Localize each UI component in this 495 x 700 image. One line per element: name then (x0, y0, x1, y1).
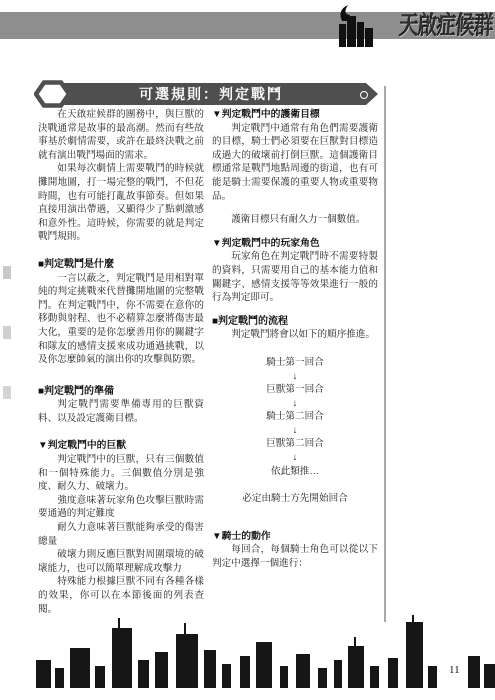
flow-step: 騎士第二回合 (212, 410, 378, 424)
logo-title: 天啟症候群 (398, 6, 494, 42)
paragraph: 判定戰鬥中通常有角色們需要護衛的目標，騎士們必須要在巨獸對目標造成過大的破壞前打… (212, 122, 378, 204)
sub-heading: ▼判定戰鬥中的玩家角色 (212, 237, 378, 251)
paragraph: 護衛目標只有耐久力一個數值。 (212, 213, 378, 227)
paragraph: 一言以蔽之，判定戰鬥是用相對單純的判定挑戰來代替攤開地圖的完整戰鬥。在判定戰鬥中… (38, 272, 204, 367)
section-heading: ■判定戰鬥是什麼 (38, 258, 204, 272)
flow-step: 騎士第一回合 (212, 356, 378, 370)
paragraph: 玩家角色在判定戰鬥時不需要特製的資料，只需要用自己的基本能力值和關鍵字、感情支援… (212, 250, 378, 304)
paragraph: 每回合，每個騎士角色可以從以下判定中選擇一個進行： (212, 543, 378, 570)
banner-end-dot-icon (360, 91, 368, 99)
section-heading: ■判定戰鬥的流程 (212, 315, 378, 329)
city-skyline-footer (0, 615, 495, 690)
paragraph: 判定戰鬥中的巨獸，只有三個數值和一個特殊能力。三個數值分別是強度、耐久力、破壞力… (38, 453, 204, 494)
paragraph: 如果每次劇情上需要戰鬥的時候就攤開地圖，打一場完整的戰鬥，不但花時間，也有可能打… (38, 162, 204, 244)
city-skyline-icon (336, 4, 376, 47)
left-column: 在天啟症候群的團務中，與巨獸的決戰通常是故事的最高潮。然而有些故事基於劇情需要，… (38, 108, 204, 616)
spacer (212, 342, 378, 356)
section-heading: ■判定戰鬥的準備 (38, 385, 204, 399)
spacer (38, 367, 204, 385)
paragraph: 特殊能力根據巨獸不同有各種各樣的效果，你可以在本節後面的列表查閱。 (38, 575, 204, 616)
flow-arrow-icon: ↓ (212, 397, 378, 411)
game-logo: 天啟症候群 (336, 1, 493, 47)
paragraph: 強度意味著玩家角色攻擊巨獸時需要通過的判定難度 (38, 494, 204, 521)
spacer (212, 227, 378, 237)
flow-step: 巨獸第一回合 (212, 383, 378, 397)
paragraph: 判定戰鬥將會以如下的順序推進。 (212, 328, 378, 342)
paragraph: 耐久力意味著巨獸能夠承受的傷害總量 (38, 521, 204, 548)
paragraph: 在天啟症候群的團務中，與巨獸的決戰通常是故事的最高潮。然而有些故事基於劇情需要，… (38, 108, 204, 162)
spacer (38, 244, 204, 258)
flow-arrow-icon: ↓ (212, 370, 378, 384)
page-edge-tab (3, 326, 11, 339)
flow-step: 依此類推… (212, 465, 378, 479)
spacer (212, 305, 378, 315)
right-column: ▼判定戰鬥中的護衛目標 判定戰鬥中通常有角色們需要護衛的目標，騎士們必須要在巨獸… (212, 108, 378, 571)
paragraph: 判定戰鬥需要準備專用的巨獸資料、以及設定護衛目標。 (38, 398, 204, 425)
section-title: 可選規則：判定戰鬥 (133, 84, 283, 104)
turn-order-flow: 騎士第一回合 ↓ 巨獸第一回合 ↓ 騎士第二回合 ↓ 巨獸第二回合 ↓ 依此類推… (212, 356, 378, 478)
sub-heading: ▼騎士的動作 (212, 530, 378, 544)
spacer (212, 203, 378, 213)
section-banner: 可選規則：判定戰鬥 (38, 83, 378, 105)
spacer (38, 425, 204, 439)
flow-arrow-icon: ↓ (212, 451, 378, 465)
margin-rule (384, 86, 386, 622)
page-number: 11 (449, 664, 460, 676)
paragraph: 破壞力則反應巨獸對周圍環境的破壞能力，也可以簡單理解成攻擊力 (38, 548, 204, 575)
flow-step: 巨獸第二回合 (212, 437, 378, 451)
spacer (212, 506, 378, 530)
flow-arrow-icon: ↓ (212, 424, 378, 438)
spacer (212, 478, 378, 492)
page-edge-tab (3, 266, 11, 279)
page-edge-tab (3, 386, 11, 399)
hexagon-icon (34, 80, 71, 108)
sub-heading: ▼判定戰鬥中的護衛目標 (212, 108, 378, 122)
sub-heading: ▼判定戰鬥中的巨獸 (38, 439, 204, 453)
flow-note: 必定由騎士方先開始回合 (212, 492, 378, 506)
